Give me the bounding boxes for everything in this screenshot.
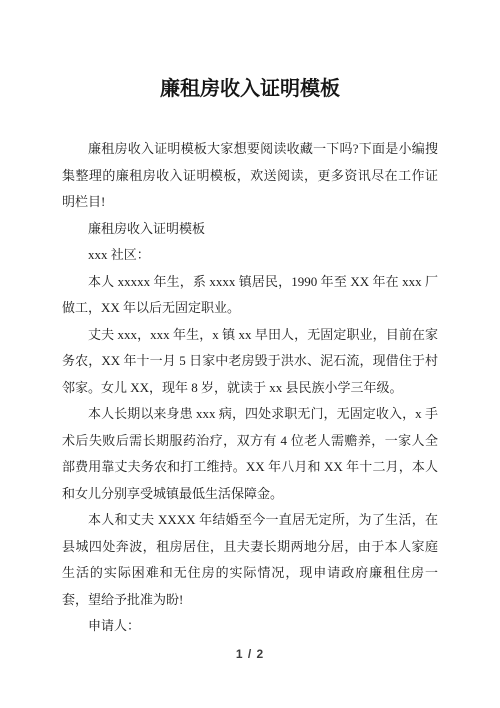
paragraph-salutation: xxx 社区： [62,242,438,269]
document-page: 廉租房收入证明模板 廉租房收入证明模板大家想要阅读收藏一下吗?下面是小编搜集整理… [0,0,500,708]
paragraph-housing-request: 本人和丈夫 XXXX 年结婚至今一直居无定所，为了生活，在县城四处奔波，租房居住… [62,507,438,613]
paragraph-intro: 廉租房收入证明模板大家想要阅读收藏一下吗?下面是小编搜集整理的廉租房收入证明模板… [62,136,438,216]
paragraph-family-situation: 丈夫 xxx，xxx 年生，x 镇 xx 早田人，无固定职业，目前在家务农，XX… [62,322,438,402]
paragraph-applicant-signature: 申请人： [62,613,438,640]
paragraph-applicant-background: 本人 xxxxx 年生，系 xxxx 镇居民，1990 年至 XX 年在 xxx… [62,269,438,322]
paragraph-income-situation: 本人长期以来身患 xxx 病，四处求职无门，无固定收入，x 手术后失败后需长期服… [62,401,438,507]
document-title: 廉租房收入证明模板 [62,76,438,102]
page-number: 1 / 2 [62,647,438,661]
paragraph-subtitle: 廉租房收入证明模板 [62,216,438,243]
document-body: 廉租房收入证明模板大家想要阅读收藏一下吗?下面是小编搜集整理的廉租房收入证明模板… [62,136,438,640]
